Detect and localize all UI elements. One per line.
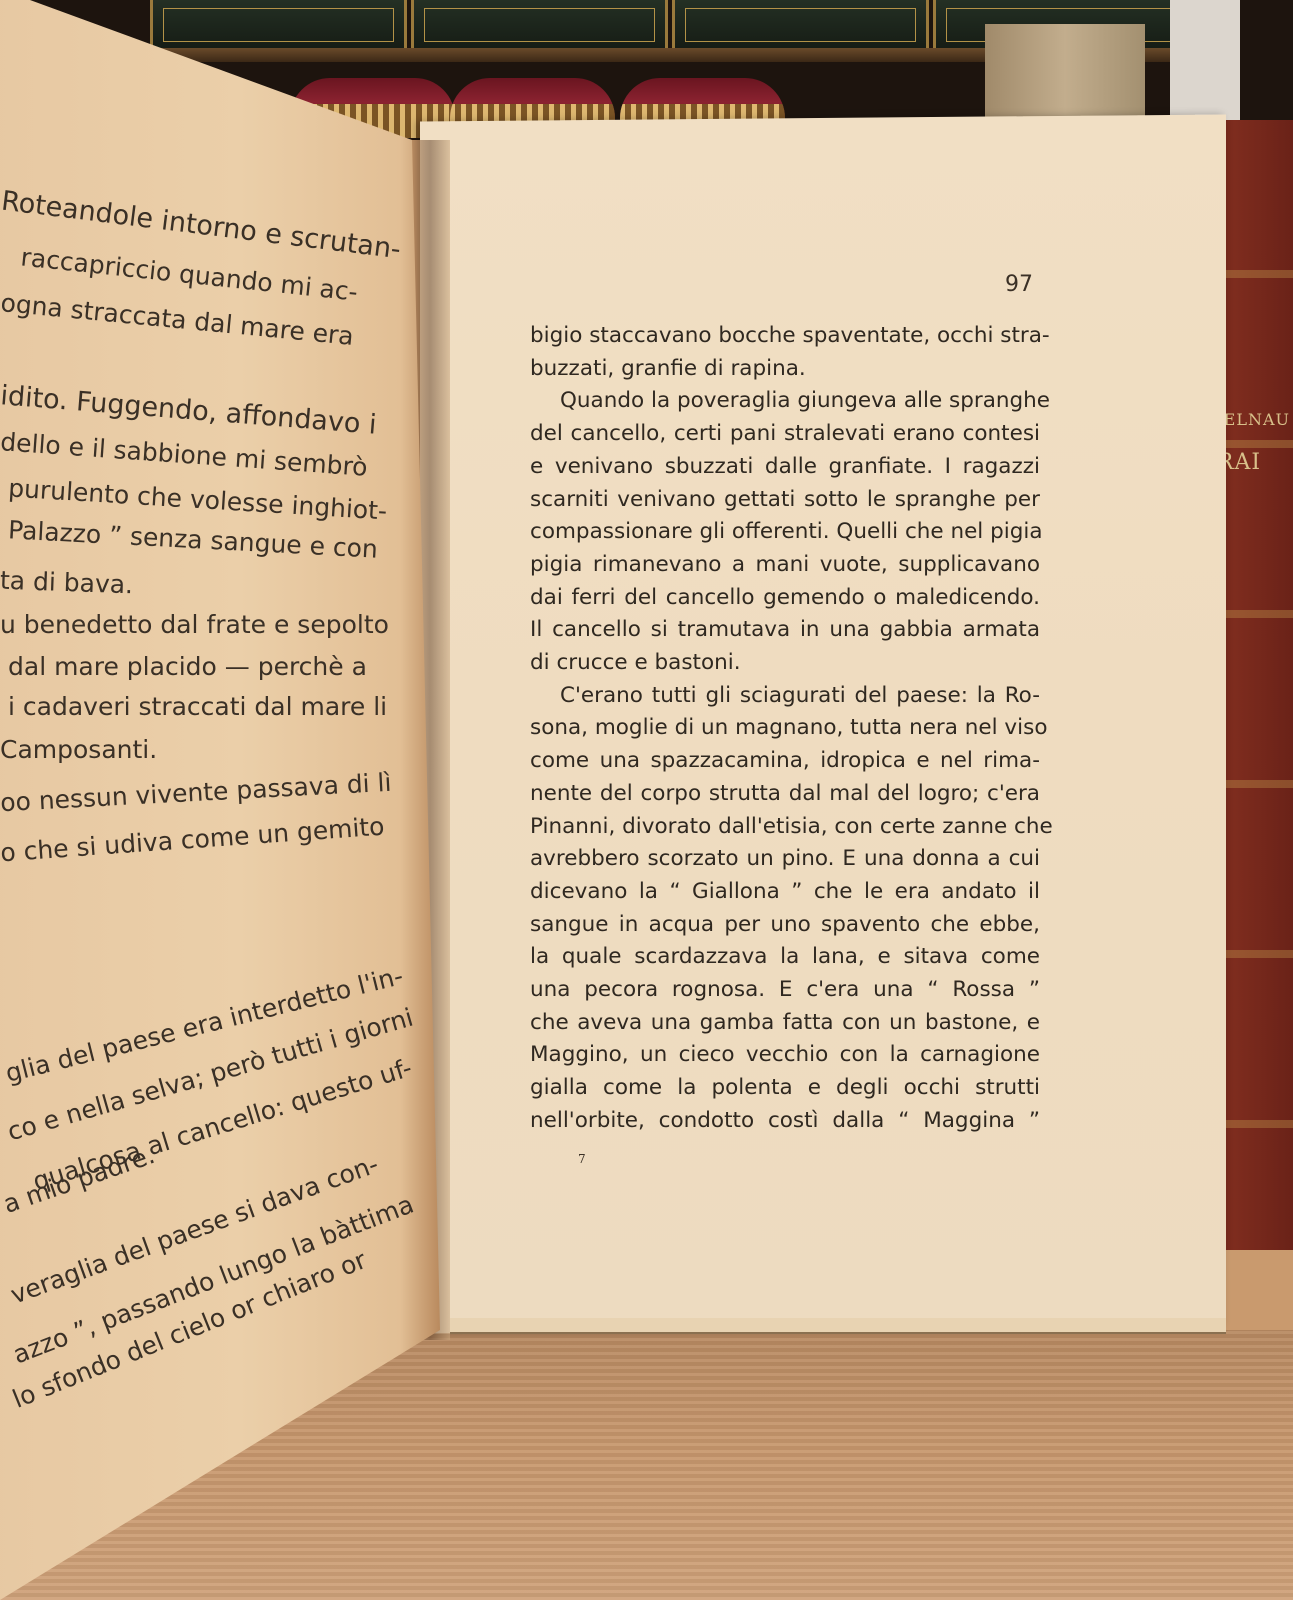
text-line: Quando la poveraglia giungeva alle spran… <box>530 385 1040 418</box>
canvas-book-spine <box>985 24 1145 124</box>
text-line: una pecora rognosa. E c'era una “ Rossa … <box>530 974 1040 1007</box>
text-line: sona, moglie di un magnano, tutta nera n… <box>530 712 1040 745</box>
text-line: pigia rimanevano a mani vuote, supplicav… <box>530 549 1040 582</box>
text-line: u benedetto dal frate e sepolto <box>0 610 389 639</box>
text-line: buzzati, granfie di rapina. <box>530 353 1040 386</box>
text-line: C'erano tutti gli sciagurati del paese: … <box>530 680 1040 713</box>
text-line: gialla come la polenta e degli occhi str… <box>530 1072 1040 1105</box>
text-line: avrebbero scorzato un pino. E una donna … <box>530 843 1040 876</box>
text-line: sangue in acqua per uno spavento che ebb… <box>530 909 1040 942</box>
page-edge <box>450 1318 1226 1334</box>
right-page-text: bigio staccavano bocche spaventate, occh… <box>530 320 1040 1138</box>
text-line: che aveva una gamba fatta con un bastone… <box>530 1007 1040 1040</box>
text-line: compassionare gli offerenti. Quelli che … <box>530 516 1040 549</box>
text-line: ta di bava. <box>0 566 134 600</box>
green-book-spine <box>672 0 929 55</box>
page-number: 97 <box>1005 272 1033 297</box>
text-line: i cadaveri straccati dal mare li <box>8 692 387 721</box>
text-line: dai ferri del cancello gemendo o maledic… <box>530 582 1040 615</box>
green-book-spine <box>411 0 668 55</box>
text-line: Il cancello si tramutava in una gabbia a… <box>530 614 1040 647</box>
green-book-spine <box>150 0 407 55</box>
wall <box>1170 0 1240 120</box>
text-line: Pinanni, divorato dall'etisia, con certe… <box>530 811 1040 844</box>
text-line: scarniti venivano gettati sotto le spran… <box>530 484 1040 517</box>
text-line: e venivano sbuzzati dalle granfiate. I r… <box>530 451 1040 484</box>
text-line: bigio staccavano bocche spaventate, occh… <box>530 320 1040 353</box>
text-line: nente del corpo strutta dal mal del logr… <box>530 778 1040 811</box>
text-line: dal mare placido — perchè a <box>8 652 367 681</box>
text-line: del cancello, certi pani stralevati eran… <box>530 418 1040 451</box>
text-line: come una spazzacamina, idropica e nel ri… <box>530 745 1040 778</box>
signature-mark: 7 <box>578 1152 586 1166</box>
text-line: di crucce e bastoni. <box>530 647 1040 680</box>
text-line: nell'orbite, condotto costì dalla “ Magg… <box>530 1105 1040 1138</box>
text-line: Camposanti. <box>0 735 157 764</box>
text-line: Maggino, un cieco vecchio con la carnagi… <box>530 1039 1040 1072</box>
text-line: la quale scardazzava la lana, e sitava c… <box>530 941 1040 974</box>
text-line: dicevano la “ Giallona ” che le era anda… <box>530 876 1040 909</box>
